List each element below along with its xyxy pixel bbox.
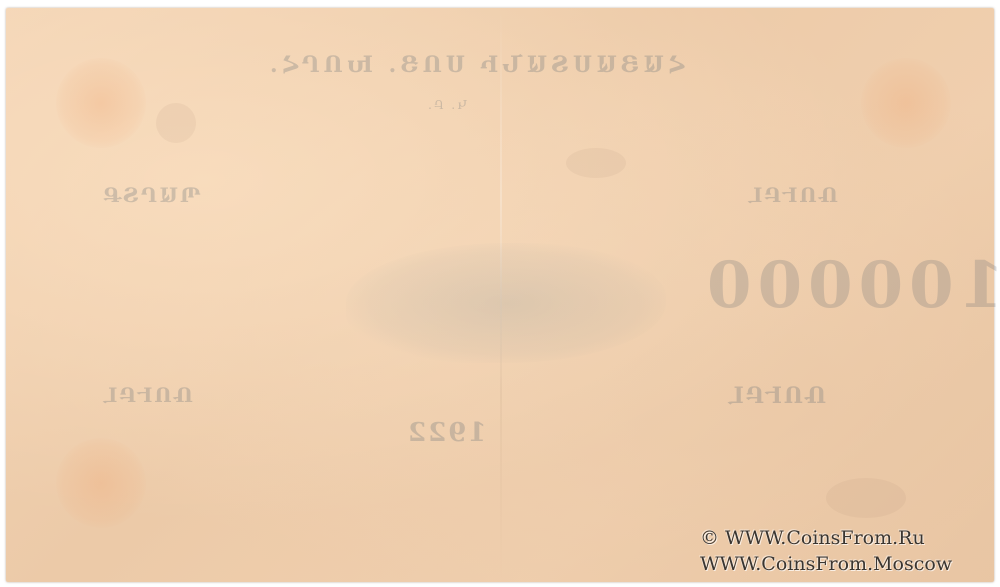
showthrough-right-top: ՌՈՒԲԼ [746, 183, 838, 207]
showthrough-header-text: ՀԱՅԱՍՏԱՆԻ ՍՈՑ. ԽՈՐՀ. [266, 52, 684, 78]
copyright-watermark: © WWW.CoinsFrom.Ru WWW.CoinsFrom.Moscow [700, 525, 952, 577]
paper-stain [566, 148, 626, 178]
showthrough-left-top: ՊԱՐՏՔ [101, 183, 201, 207]
banknote: ՀԱՅԱՍՏԱՆԻ ՍՈՑ. ԽՈՐՀ. Կ. Բ. ՊԱՐՏՔ ՌՈՒԲԼ Ռ… [6, 8, 994, 582]
paper-stain [156, 103, 196, 143]
showthrough-left-bottom: ՌՈՒԲԼ [101, 383, 193, 407]
paper-stain [826, 478, 906, 518]
showthrough-vignette [346, 243, 666, 363]
photo-stage: ՀԱՅԱՍՏԱՆԻ ՍՈՑ. ԽՈՐՀ. Կ. Բ. ՊԱՐՏՔ ՌՈՒԲԼ Ռ… [0, 0, 1000, 587]
corner-ornament-top-left [56, 58, 146, 148]
showthrough-denomination: 100000 [701, 248, 1000, 323]
corner-ornament-top-right [861, 58, 951, 148]
showthrough-year: 1922 [406, 418, 486, 448]
showthrough-right-word: ՌՈՒԲԼ [726, 383, 826, 409]
showthrough-sub-text: Կ. Բ. [426, 98, 467, 112]
copyright-line-2: WWW.CoinsFrom.Moscow [700, 551, 952, 577]
copyright-line-1: © WWW.CoinsFrom.Ru [700, 525, 952, 551]
corner-ornament-bottom-left [56, 438, 146, 528]
